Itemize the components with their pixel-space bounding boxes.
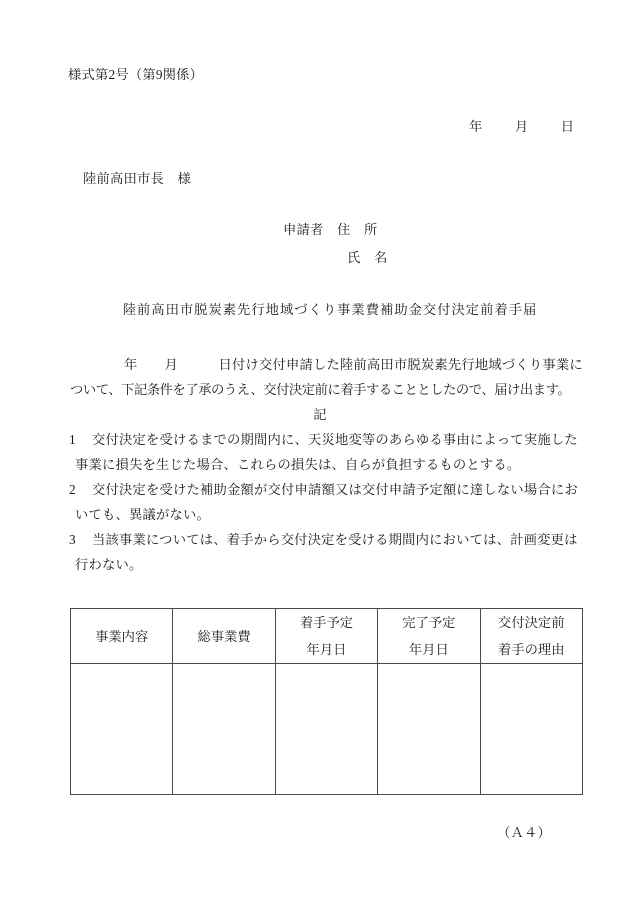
table-header-total-cost: 総事業費 bbox=[173, 609, 275, 664]
body-paragraph-line-2: ついて、下記条件を了承のうえ、交付決定前に着手することとしたので、届け出ます。 bbox=[70, 382, 570, 397]
applicant-address-line: 申請者 住 所 bbox=[283, 222, 377, 237]
table-cell-project-content bbox=[71, 664, 173, 795]
table-header-project-content: 事業内容 bbox=[71, 609, 173, 664]
condition-3-line-2: 行わない。 bbox=[75, 557, 142, 572]
table-cell-reason-for-early-start bbox=[480, 664, 582, 795]
document-page: 様式第2号（第9関係） 年 月 日 陸前高田市長 様 申請者 住 所 氏 名 陸… bbox=[0, 0, 630, 903]
table-header-planned-start-date: 着手予定 年月日 bbox=[275, 609, 377, 664]
project-entry-table: 事業内容 総事業費 着手予定 年月日 完了予定 年月日 交付決定前 着手の理由 bbox=[70, 608, 583, 795]
table-header-reason-for-early-start: 交付決定前 着手の理由 bbox=[480, 609, 582, 664]
body-paragraph-line-1: 年 月 日付け交付申請した陸前高田市脱炭素先行地域づくり事業に bbox=[70, 357, 583, 372]
addressee: 陸前高田市長 様 bbox=[83, 171, 191, 186]
paper-size-note: （Ａ４） bbox=[497, 825, 551, 840]
document-title: 陸前高田市脱炭素先行地域づくり事業費補助金交付決定前着手届 bbox=[70, 302, 590, 317]
applicant-name-line: 氏 名 bbox=[347, 250, 388, 265]
table-header-row: 事業内容 総事業費 着手予定 年月日 完了予定 年月日 交付決定前 着手の理由 bbox=[71, 609, 583, 664]
condition-3-line-1: 3当該事業については、着手から交付決定を受ける期間内においては、計画変更は bbox=[69, 532, 578, 547]
condition-1-text: 交付決定を受けるまでの期間内に、天災地変等のあらゆる事由によって実施した bbox=[92, 432, 578, 447]
condition-1-number: 1 bbox=[69, 432, 92, 447]
condition-1-line-2: 事業に損失を生じた場合、これらの損失は、自らが負担するものとする。 bbox=[75, 457, 520, 472]
condition-3-number: 3 bbox=[69, 532, 92, 547]
form-number: 様式第2号（第9関係） bbox=[68, 67, 203, 82]
condition-3-text: 当該事業については、着手から交付決定を受ける期間内においては、計画変更は bbox=[92, 532, 578, 547]
condition-2-line-2: いても、異議がない。 bbox=[75, 507, 210, 522]
condition-2-text: 交付決定を受けた補助金額が交付申請額又は交付申請予定額に達しない場合にお bbox=[92, 482, 578, 497]
condition-2-line-1: 2交付決定を受けた補助金額が交付申請額又は交付申請予定額に達しない場合にお bbox=[69, 482, 578, 497]
condition-1-line-1: 1交付決定を受けるまでの期間内に、天災地変等のあらゆる事由によって実施した bbox=[69, 432, 578, 447]
condition-2-number: 2 bbox=[69, 482, 92, 497]
table-cell-planned-completion-date bbox=[378, 664, 480, 795]
date-line: 年 月 日 bbox=[469, 119, 576, 134]
table-cell-total-cost bbox=[173, 664, 275, 795]
ki-marker: 記 bbox=[70, 407, 570, 422]
table-cell-planned-start-date bbox=[275, 664, 377, 795]
table-header-planned-completion-date: 完了予定 年月日 bbox=[378, 609, 480, 664]
table-body-row bbox=[71, 664, 583, 795]
